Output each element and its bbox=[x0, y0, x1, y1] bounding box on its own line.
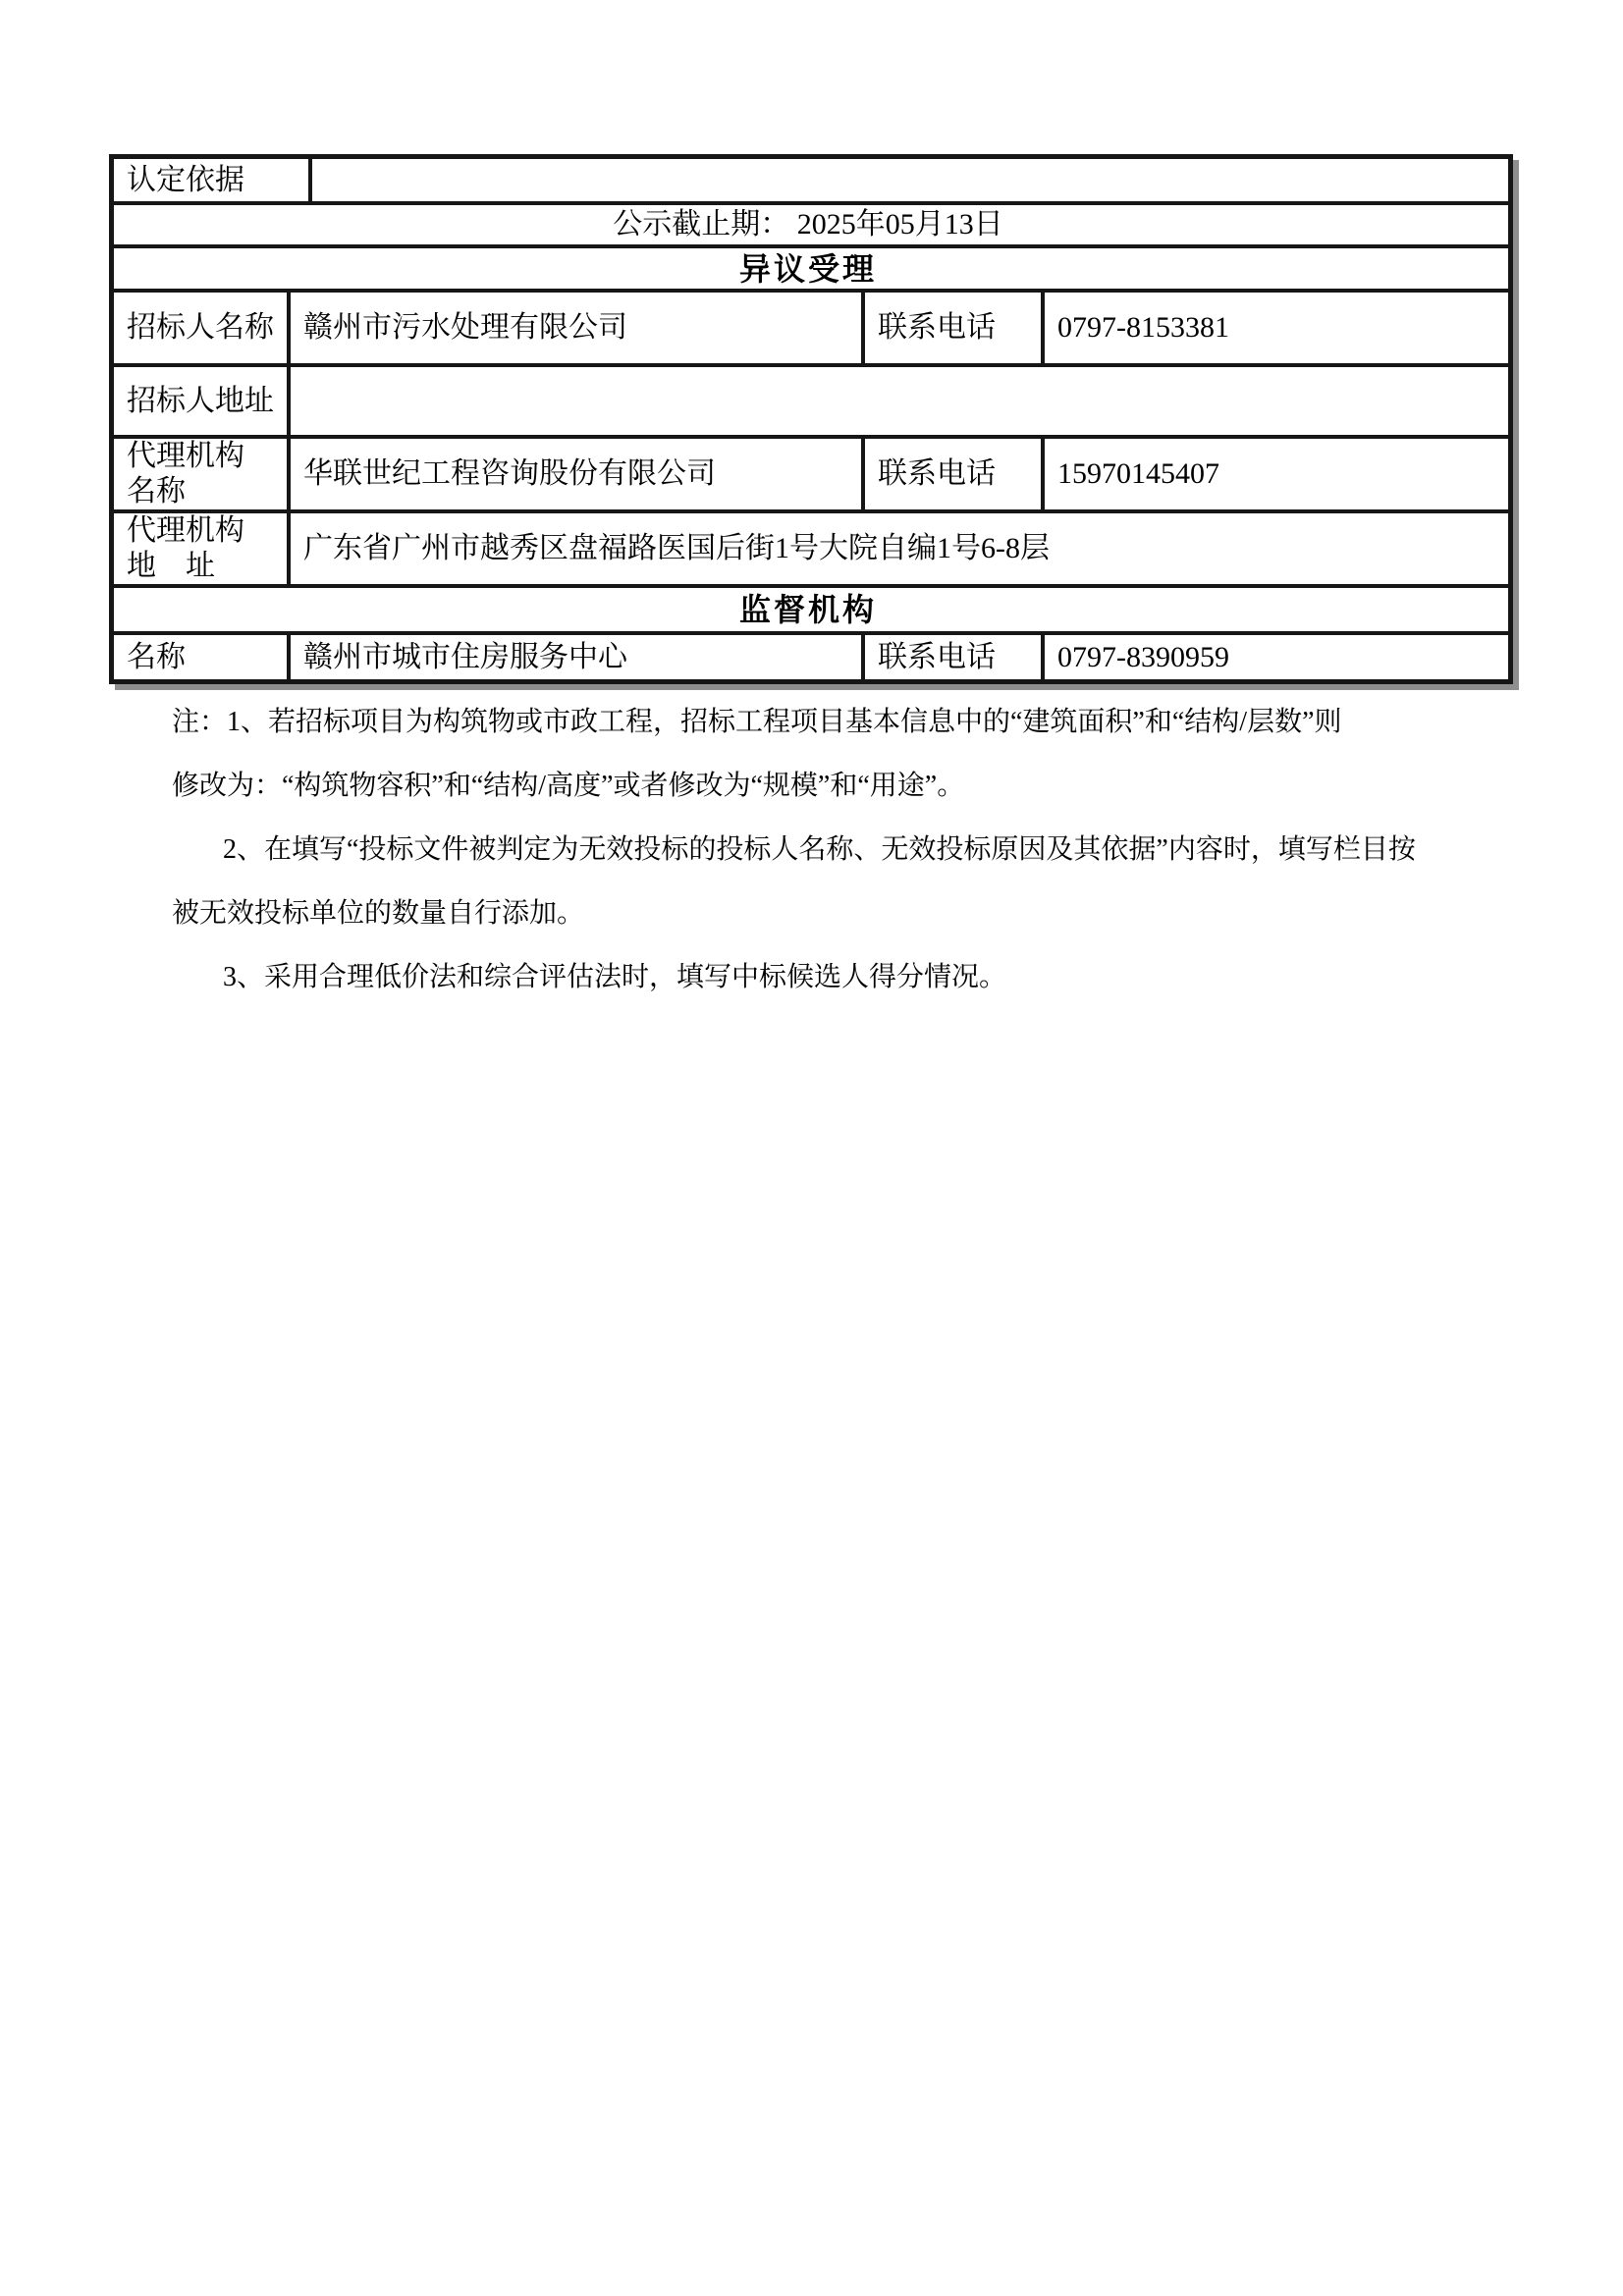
supervision-section-title: 监督机构 bbox=[114, 588, 1508, 631]
table-row-supervision-header: 监督机构 bbox=[114, 588, 1508, 635]
agency-phone-label: 联系电话 bbox=[865, 439, 1045, 509]
table-row-tenderer: 招标人名称 赣州市污水处理有限公司 联系电话 0797-8153381 bbox=[114, 293, 1508, 367]
supervisor-name-label: 名称 bbox=[114, 635, 291, 679]
agency-address-label: 代理机构 地 址 bbox=[114, 513, 291, 584]
publicity-deadline-text: 公示截止期： 2025年05月13日 bbox=[114, 205, 1508, 244]
agency-phone-value: 15970145407 bbox=[1045, 439, 1508, 509]
tenderer-address-label: 招标人地址 bbox=[114, 367, 291, 435]
table-row-agency: 代理机构 名称 华联世纪工程咨询股份有限公司 联系电话 15970145407 bbox=[114, 439, 1508, 513]
agency-name-value: 华联世纪工程咨询股份有限公司 bbox=[291, 439, 865, 509]
announcement-table: 认定依据 公示截止期： 2025年05月13日 异议受理 招标人名称 赣州市污水… bbox=[109, 154, 1513, 684]
footnotes: 注：1、若招标项目为构筑物或市政工程，招标工程项目基本信息中的“建筑面积”和“结… bbox=[172, 687, 1546, 1006]
agency-name-label: 代理机构 名称 bbox=[114, 439, 291, 509]
tenderer-address-value bbox=[291, 367, 1508, 435]
agency-address-value: 广东省广州市越秀区盘福路医国后街1号大院自编1号6-8层 bbox=[291, 513, 1508, 584]
note-2-line-2: 被无效投标单位的数量自行添加。 bbox=[172, 879, 1546, 942]
recognition-basis-label: 认定依据 bbox=[114, 159, 312, 201]
tenderer-phone-label: 联系电话 bbox=[865, 293, 1045, 363]
note-1-line-1: 注：1、若招标项目为构筑物或市政工程，招标工程项目基本信息中的“建筑面积”和“结… bbox=[172, 687, 1546, 751]
supervisor-phone-label: 联系电话 bbox=[865, 635, 1045, 679]
supervisor-phone-value: 0797-8390959 bbox=[1045, 635, 1508, 679]
recognition-basis-value bbox=[312, 159, 1508, 201]
table-row-recognition-basis: 认定依据 bbox=[114, 159, 1508, 205]
supervisor-name-value: 赣州市城市住房服务中心 bbox=[291, 635, 865, 679]
table-row-publicity-deadline: 公示截止期： 2025年05月13日 bbox=[114, 205, 1508, 248]
tenderer-name-label: 招标人名称 bbox=[114, 293, 291, 363]
note-2-line-1: 2、在填写“投标文件被判定为无效投标的投标人名称、无效投标原因及其依据”内容时，… bbox=[172, 815, 1546, 879]
tenderer-name-value: 赣州市污水处理有限公司 bbox=[291, 293, 865, 363]
tenderer-phone-value: 0797-8153381 bbox=[1045, 293, 1508, 363]
table-row-agency-address: 代理机构 地 址 广东省广州市越秀区盘福路医国后街1号大院自编1号6-8层 bbox=[114, 513, 1508, 588]
table-row-objection-header: 异议受理 bbox=[114, 248, 1508, 293]
document-page: { "table": { "recognition_basis": { "lab… bbox=[0, 0, 1623, 2296]
objection-section-title: 异议受理 bbox=[114, 248, 1508, 289]
note-3-line-1: 3、采用合理低价法和综合评估法时，填写中标候选人得分情况。 bbox=[172, 942, 1546, 1006]
table-row-supervisor: 名称 赣州市城市住房服务中心 联系电话 0797-8390959 bbox=[114, 635, 1508, 679]
note-1-line-2: 修改为：“构筑物容积”和“结构/高度”或者修改为“规模”和“用途”。 bbox=[172, 751, 1546, 815]
table-row-tenderer-address: 招标人地址 bbox=[114, 367, 1508, 439]
